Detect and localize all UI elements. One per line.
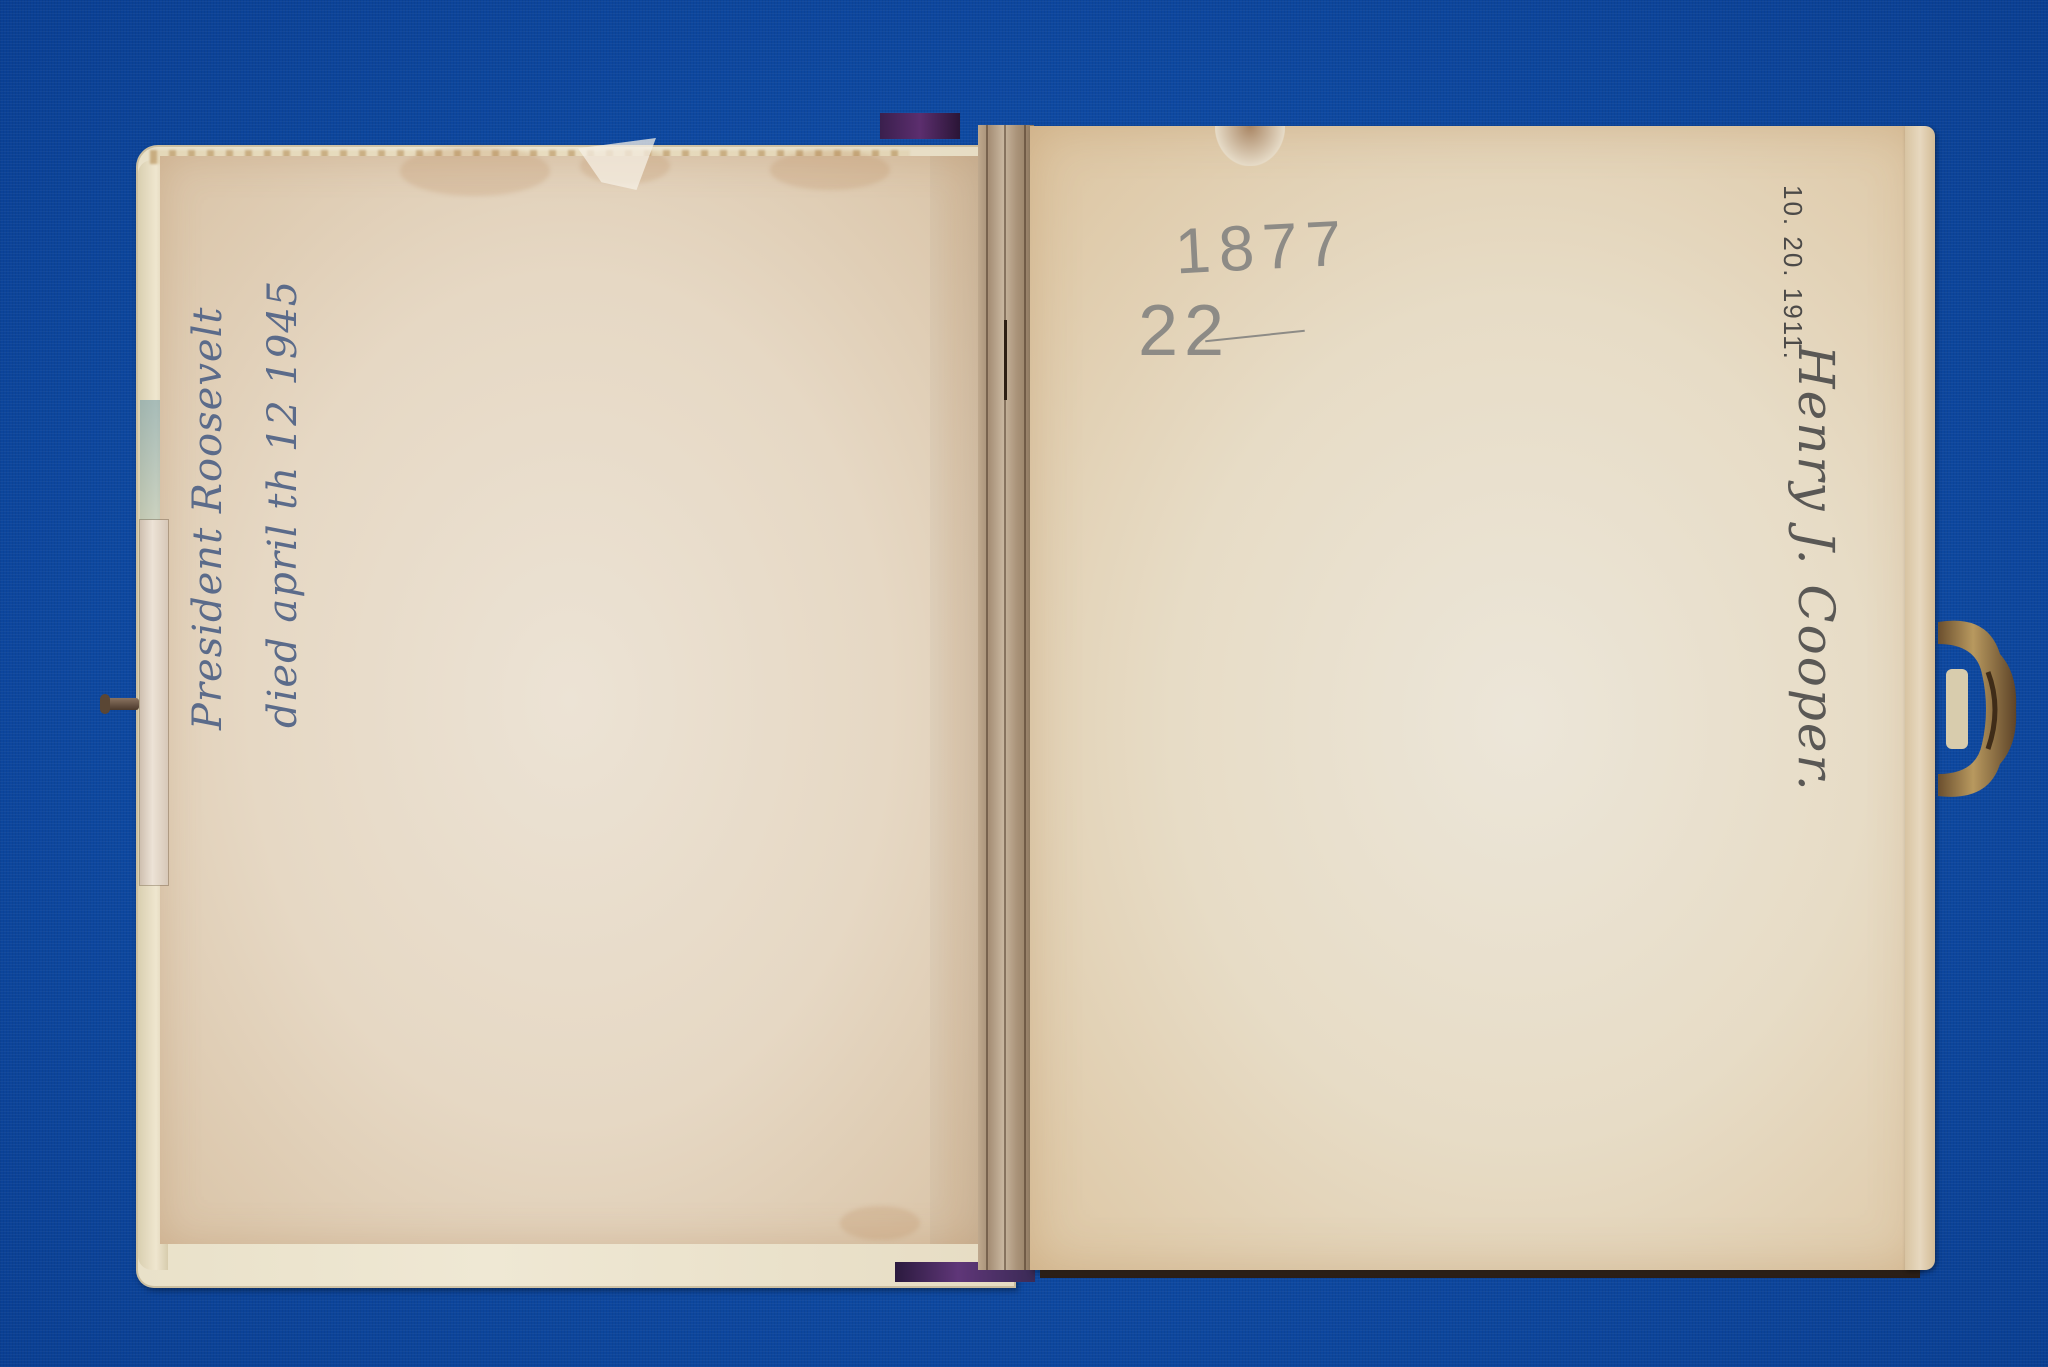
spine-gutter — [978, 125, 1034, 1270]
clasp-plate — [140, 520, 168, 885]
owner-signature: Henry J. Cooper. — [1787, 345, 1845, 793]
page-block-edge — [1905, 126, 1935, 1270]
water-stain — [840, 1206, 920, 1240]
inscription-date: 10. 20. 1911. — [1777, 185, 1808, 361]
inscription-line-1: President Roosevelt — [185, 307, 231, 730]
inscription-line-2: died april th 12 1945 — [260, 280, 306, 728]
water-stain — [400, 146, 550, 196]
water-stain — [770, 150, 890, 190]
clasp-pin-head — [100, 694, 110, 714]
spine-tear — [1004, 320, 1007, 400]
page-hinge-fold — [930, 156, 980, 1244]
headband-top — [880, 113, 960, 139]
brass-clasp-icon — [1938, 614, 2023, 804]
page-tear-notch — [1215, 126, 1285, 166]
pencil-number: 22 — [1138, 290, 1230, 372]
pencil-year: 1877 — [1173, 205, 1351, 288]
